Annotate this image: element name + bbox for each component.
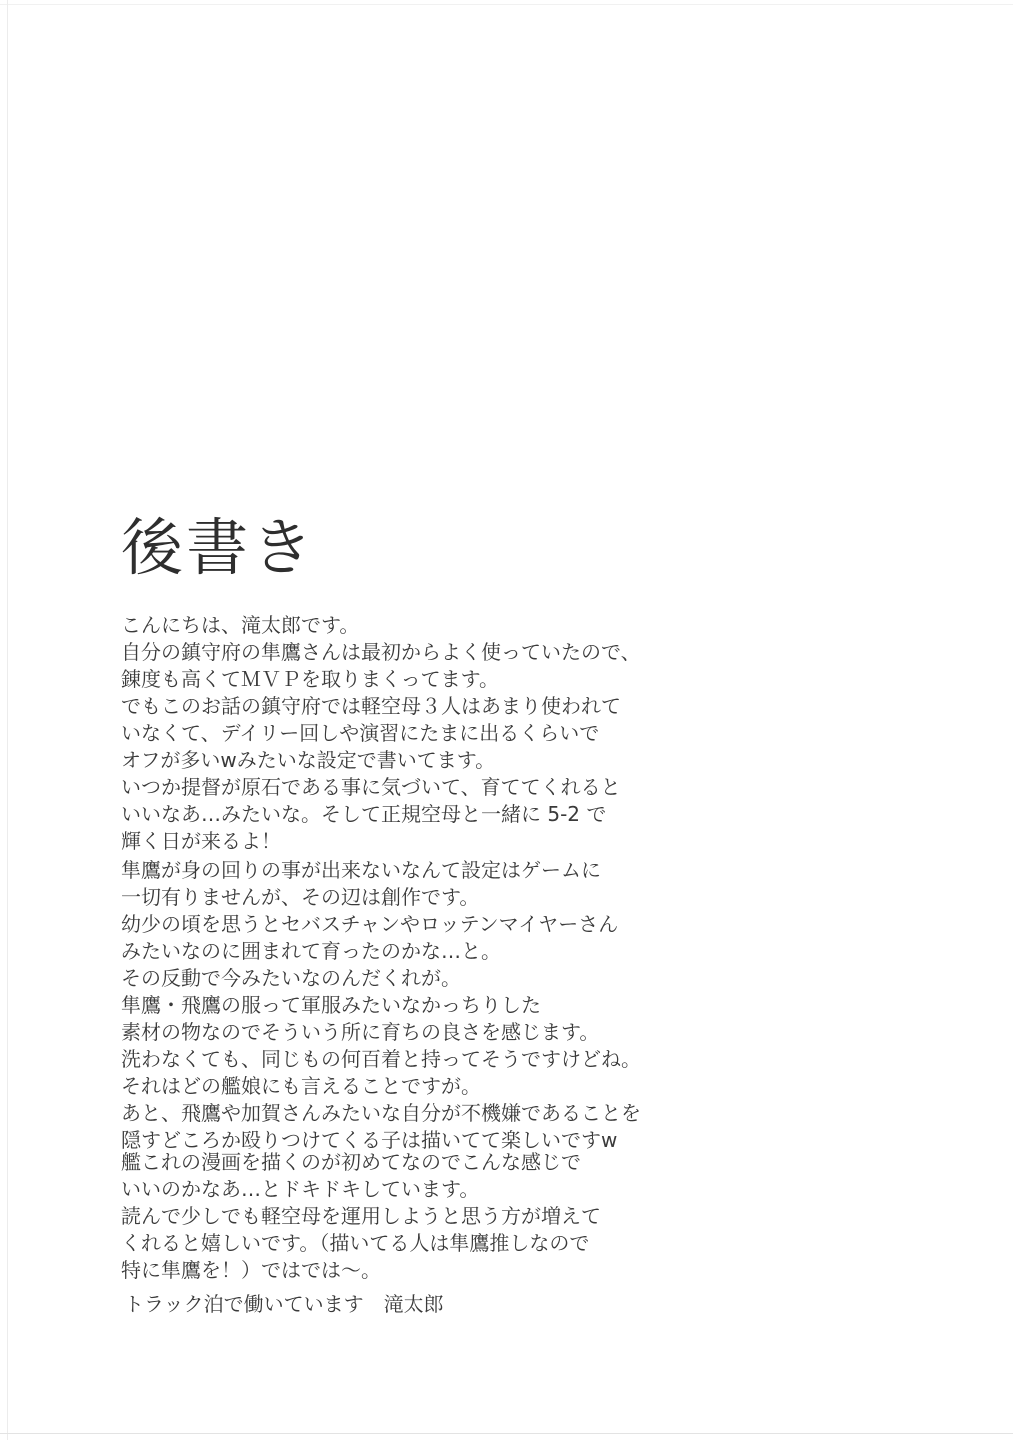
afterword-paragraph-3: 艦これの漫画を描くのが初めてなのでこんな感じで いいのかなあ…とドキドキしていま… — [121, 1149, 741, 1284]
page-title: 後書き — [121, 498, 316, 587]
author-signature: トラック泊で働いています 滝太郎 — [124, 1291, 444, 1318]
afterword-paragraph-2: 隼鷹が身の回りの事が出来ないなんて設定はゲームに 一切有りませんが、その辺は創作… — [121, 857, 741, 1154]
afterword-page: 後書き こんにちは、滝太郎です。 自分の鎮守府の隼鷹さんは最初からよく使っていた… — [0, 0, 1013, 1440]
scan-edge-left — [7, 0, 8, 1440]
afterword-paragraph-1: こんにちは、滝太郎です。 自分の鎮守府の隼鷹さんは最初からよく使っていたので、 … — [121, 612, 741, 855]
scan-edge-top — [0, 4, 1013, 5]
scan-edge-bottom — [0, 1433, 1013, 1434]
